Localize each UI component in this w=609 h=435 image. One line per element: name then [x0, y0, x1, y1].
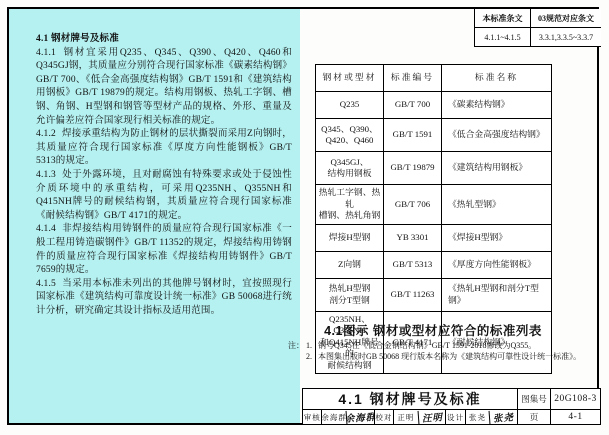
designer-name: 张尧	[465, 410, 489, 424]
clause-text: 钢材宜采用Q235、Q345、Q390、Q420、Q460和Q345GJ钢，其质…	[36, 48, 292, 126]
cell-name: 《热轧H型钢和剖分T型钢》	[442, 278, 552, 311]
note-item: 2. 本图集出版时GB 50068 现行版本名称为《建筑结构可靠性设计统一标准》…	[306, 352, 581, 363]
clause-panel: 4.1 钢材牌号及标准 4.1.1钢材宜采用Q235、Q345、Q390、Q42…	[9, 9, 300, 423]
checker-name: 正明	[393, 410, 417, 424]
cell-name: 《热轧型钢》	[442, 185, 552, 225]
page-label: 页	[517, 409, 550, 424]
note-text: 钢号Q345在《低合金钢结构钢》GB/T 1591-2018修改为Q355。	[318, 341, 536, 352]
checker-signature: 汪明	[417, 409, 446, 424]
clause-number: 4.1.1	[36, 48, 56, 58]
cell-code: GB/T 1591	[384, 119, 442, 152]
table-row: Q345GJ、 结构用钢板 GB/T 19879 《建筑结构用钢板》	[316, 152, 552, 185]
cell-material: 热轧H型钢 剖分T型钢	[316, 278, 384, 311]
clause-number: 4.1.2	[36, 129, 56, 139]
atlas-number-label: 图集号	[517, 389, 550, 409]
cell-code: YB 3301	[384, 224, 442, 251]
cell-material: 热轧工字钢、热轧 槽钢、热轧角钢	[316, 185, 384, 225]
clause-4-1-4: 4.1.4非焊接结构用铸钢件的质量应符合现行国家标准《一般工程用铸造碳钢件》GB…	[36, 223, 292, 277]
table-row: Q235 GB/T 700 《碳素结构钢》	[316, 92, 552, 119]
cell-material: Q345GJ、 结构用钢板	[316, 152, 384, 185]
figure-caption: 4.1图示 钢材或型材应符合的标准列表	[300, 321, 566, 339]
atlas-number-value: 20G108-3	[550, 389, 600, 409]
notes-label: 注：	[288, 341, 304, 362]
clause-text: 焊接承重结构为防止钢材的层状撕裂而采用Z向钢时，其质量应符合现行国家标准《厚度方…	[36, 129, 292, 166]
ref-col1-header: 本标准条文	[475, 9, 530, 28]
cell-name: 《低合金高强度结构钢》	[442, 119, 552, 152]
clause-number: 4.1.5	[36, 279, 56, 289]
sheet-title: 4.1 钢材牌号及标准	[303, 389, 517, 409]
signature-cells: 审核 余海群 余海群 校对 正明 汪明 设计 张尧 张尧	[303, 410, 517, 424]
clause-4-1-5: 4.1.5当采用本标准未列出的其他牌号钢材时，宜按照现行国家标准《建筑结构可靠度…	[36, 278, 292, 319]
clause-text: 非焊接结构用铸钢件的质量应符合现行国家标准《一般工程用铸造碳钢件》GB/T 11…	[36, 224, 292, 275]
reviewer-signature: 余海群	[345, 409, 374, 424]
cell-code: GB/T 19879	[384, 152, 442, 185]
table-row: 热轧工字钢、热轧 槽钢、热轧角钢 GB/T 706 《热轧型钢》	[316, 185, 552, 225]
title-block: 4.1 钢材牌号及标准 图集号 20G108-3 审核 余海群 余海群 校对 正…	[302, 388, 601, 425]
table-row: 焊接H型钢 YB 3301 《焊接H型钢》	[316, 224, 552, 251]
clause-4-1-2: 4.1.2焊接承重结构为防止钢材的层状撕裂而采用Z向钢时，其质量应符合现行国家标…	[36, 128, 292, 169]
cell-code: GB/T 706	[384, 185, 442, 225]
cell-name: 《碳素结构钢》	[442, 92, 552, 119]
table-row: Q345、Q390、 Q420、Q460 GB/T 1591 《低合金高强度结构…	[316, 119, 552, 152]
notes-list: 1. 钢号Q345在《低合金钢结构钢》GB/T 1591-2018修改为Q355…	[306, 341, 581, 362]
table-row: Z向钢 GB/T 5313 《厚度方向性能钢板》	[316, 251, 552, 278]
designer-signature: 张尧	[489, 409, 517, 424]
cell-material: Q345、Q390、 Q420、Q460	[316, 119, 384, 152]
design-label: 设计	[445, 410, 464, 424]
note-item: 1. 钢号Q345在《低合金钢结构钢》GB/T 1591-2018修改为Q355…	[306, 341, 581, 352]
ref-col2-header: 03规范对应条文	[530, 9, 601, 28]
check-label: 校对	[374, 410, 393, 424]
col-header-name: 标准名称	[442, 65, 552, 92]
cell-material: Q235	[316, 92, 384, 119]
notes: 注： 1. 钢号Q345在《低合金钢结构钢》GB/T 1591-2018修改为Q…	[288, 341, 598, 362]
clause-number: 4.1.4	[36, 224, 56, 234]
cell-name: 《焊接H型钢》	[442, 224, 552, 251]
clause-text: 处于外露环境，且对耐腐蚀有特殊要求或处于侵蚀性介质环境中的承重结构，可采用Q23…	[36, 170, 292, 221]
reviewer-name: 余海群	[321, 410, 345, 424]
col-header-material: 钢材或型材	[316, 65, 384, 92]
ref-col1-value: 4.1.1~4.1.5	[475, 28, 530, 46]
table-row: 热轧H型钢 剖分T型钢 GB/T 11263 《热轧H型钢和剖分T型钢》	[316, 278, 552, 311]
col-header-code: 标准编号	[384, 65, 442, 92]
cell-material: Z向钢	[316, 251, 384, 278]
cell-code: GB/T 11263	[384, 278, 442, 311]
page-number: 4-1	[550, 409, 600, 424]
section-heading: 4.1 钢材牌号及标准	[36, 33, 292, 47]
signature-row: 审核 余海群 余海群 校对 正明 汪明 设计 张尧 张尧	[303, 409, 517, 424]
clause-4-1-1: 4.1.1钢材宜采用Q235、Q345、Q390、Q420、Q460和Q345G…	[36, 47, 292, 129]
cell-code: GB/T 5313	[384, 251, 442, 278]
ref-col2-value: 3.3.1,3.3.5~3.3.7	[530, 28, 601, 46]
clause-number: 4.1.3	[36, 170, 56, 180]
cell-name: 《建筑结构用钢板》	[442, 152, 552, 185]
cell-code: GB/T 700	[384, 92, 442, 119]
note-number: 2.	[306, 352, 318, 363]
review-label: 审核	[303, 410, 321, 424]
note-number: 1.	[306, 341, 318, 352]
clause-4-1-3: 4.1.3处于外露环境，且对耐腐蚀有特殊要求或处于侵蚀性介质环境中的承重结构，可…	[36, 169, 292, 223]
note-text: 本图集出版时GB 50068 现行版本名称为《建筑结构可靠性设计统一标准》。	[318, 352, 581, 363]
cell-material: 焊接H型钢	[316, 224, 384, 251]
clause-text: 当采用本标准未列出的其他牌号钢材时，宜按照现行国家标准《建筑结构可靠度设计统一标…	[36, 279, 292, 316]
cell-name: 《厚度方向性能钢板》	[442, 251, 552, 278]
reference-box: 本标准条文 03规范对应条文 4.1.1~4.1.5 3.3.1,3.3.5~3…	[474, 9, 601, 47]
